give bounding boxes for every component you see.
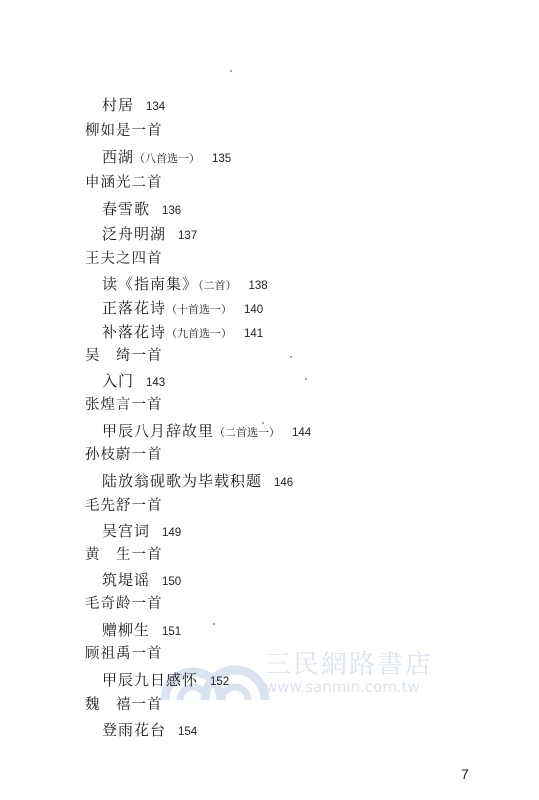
toc-entry-author: 毛先舒一首 [85,496,163,516]
watermark-title: 三民網路書店 [265,644,433,681]
author-heading: 孙枝蔚一首 [85,447,163,463]
toc-entry-poem: 补落花诗（九首选一）141 [102,322,263,342]
toc-entry-poem: 甲辰九日感怀152 [102,670,229,690]
page-number: 7 [461,766,469,782]
scan-speck [213,623,215,625]
toc-entry-author: 孙枝蔚一首 [85,445,163,465]
poem-note: （九首选一） [166,327,232,340]
toc-entry-author: 顾祖禹一首 [85,644,163,664]
page-ref: 144 [292,427,311,439]
poem-title: 吴宫词 [102,522,150,540]
page-ref: 149 [162,527,181,539]
scan-speck [305,378,307,380]
toc-entry-author: 王夫之四首 [85,249,163,269]
toc-entry-poem: 登雨花台154 [102,720,197,740]
toc-entry-poem: 入门143 [102,371,165,391]
toc-entry-poem: 陆放翁砚歌为毕载积题146 [102,471,293,491]
toc-entry-poem: 赠柳生151 [102,620,181,640]
author-heading: 王夫之四首 [85,251,163,267]
author-heading: 吴 绮一首 [85,348,163,364]
page-ref: 154 [178,726,197,738]
toc-entry-author: 申涵光二首 [85,173,163,193]
toc-entry-poem: 泛舟明湖137 [102,224,197,244]
page-ref: 150 [162,576,181,588]
author-heading: 魏 禧一首 [85,697,163,713]
scan-speck [262,422,264,424]
author-heading: 顾祖禹一首 [85,646,163,662]
table-of-contents: 村居134 柳如是一首 西湖（八首选一）135 申涵光二首 春雪歌136 泛舟明… [0,0,539,800]
page-ref: 152 [210,676,229,688]
author-heading: 黄 生一首 [85,547,163,563]
toc-entry-author: 柳如是一首 [85,121,163,141]
toc-entry-poem: 村居134 [102,95,165,115]
poem-title: 村居 [102,96,134,114]
poem-title: 正落花诗 [102,299,166,317]
page-ref: 143 [146,377,165,389]
scan-speck [290,356,292,358]
poem-note: （二首） [198,279,237,292]
poem-title: 春雪歌 [102,200,150,218]
page-ref: 135 [212,153,231,165]
poem-title: 西湖 [102,148,134,166]
toc-entry-poem: 读《指南集》（二首）138 [102,274,268,294]
poem-note: （八首选一） [134,152,200,165]
page-ref: 137 [178,230,197,242]
poem-note: （十首选一） [166,303,232,316]
toc-entry-poem: 吴宫词149 [102,521,181,541]
page-ref: 141 [244,328,263,340]
toc-entry-poem: 正落花诗（十首选一）140 [102,298,263,318]
page-ref: 146 [274,477,293,489]
scan-speck [230,70,232,72]
page-ref: 136 [162,205,181,217]
poem-title: 入门 [102,372,134,390]
author-heading: 柳如是一首 [85,123,163,139]
toc-entry-poem: 甲辰八月辞故里（二首选一）144 [102,421,311,441]
author-heading: 毛奇龄一首 [85,596,163,612]
page-ref: 151 [162,626,181,638]
poem-title: 甲辰九日感怀 [102,671,198,689]
poem-title: 泛舟明湖 [102,225,166,243]
poem-note: （二首选一） [214,426,280,439]
author-heading: 毛先舒一首 [85,498,163,514]
poem-title: 补落花诗 [102,323,166,341]
toc-entry-author: 张煌言一首 [85,395,163,415]
poem-title: 登雨花台 [102,721,166,739]
toc-entry-poem: 春雪歌136 [102,199,181,219]
page-ref: 134 [146,101,165,113]
poem-title: 读《指南集》 [102,275,198,293]
poem-title: 赠柳生 [102,621,150,639]
toc-entry-author: 吴 绮一首 [85,346,163,366]
toc-entry-author: 毛奇龄一首 [85,594,163,614]
poem-title: 甲辰八月辞故里 [102,422,214,440]
toc-entry-poem: 筑堤谣150 [102,570,181,590]
poem-title: 陆放翁砚歌为毕载积题 [102,472,262,490]
author-heading: 张煌言一首 [85,397,163,413]
page-ref: 140 [244,304,263,316]
toc-entry-author: 魏 禧一首 [85,695,163,715]
toc-entry-poem: 西湖（八首选一）135 [102,147,231,167]
author-heading: 申涵光二首 [85,175,163,191]
page-ref: 138 [249,280,268,292]
toc-entry-author: 黄 生一首 [85,545,163,565]
poem-title: 筑堤谣 [102,571,150,589]
watermark-url: www.sanmin.com.tw [265,678,420,696]
